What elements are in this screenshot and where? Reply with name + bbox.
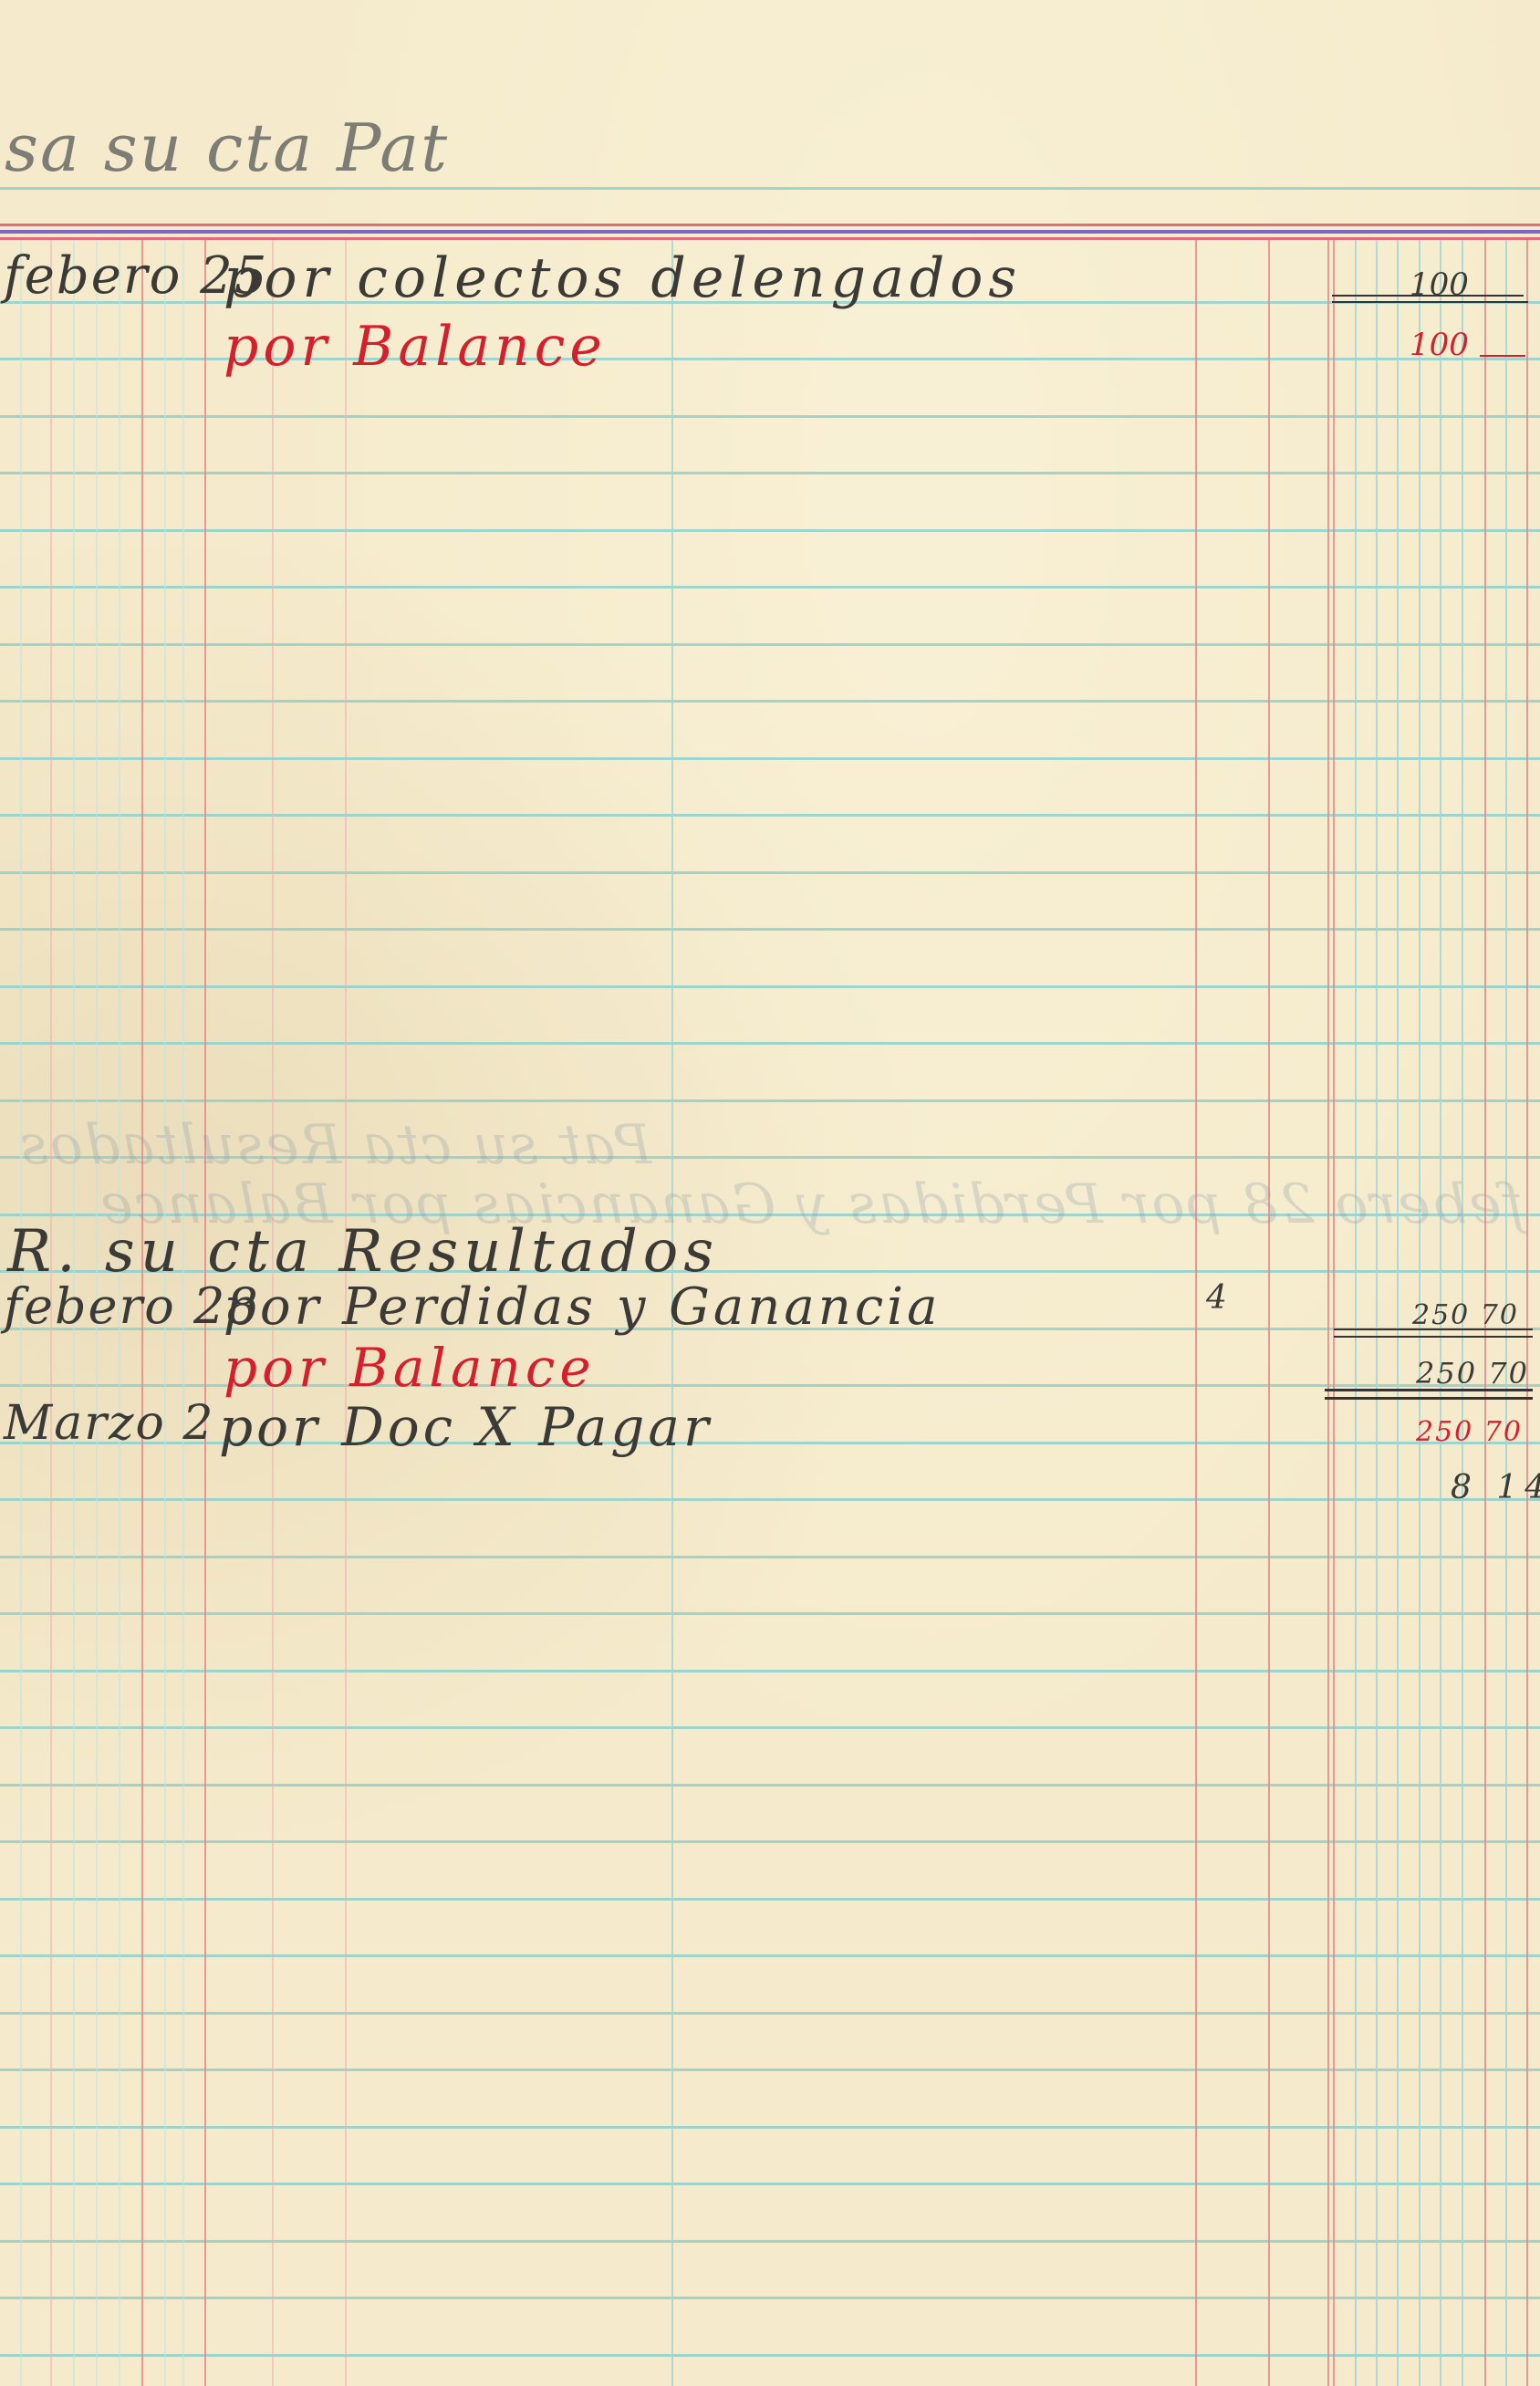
entry-amount: 250 70 — [1416, 1356, 1529, 1391]
ledger-page: sa su cta Pat febero 25 por colectos del… — [0, 0, 1540, 2386]
entry-amount: 100 — [1410, 266, 1469, 303]
entry-date: Marzo 2 — [4, 1396, 214, 1451]
amount-underline — [1332, 295, 1524, 297]
entry-folio: 4 — [1206, 1279, 1227, 1317]
entry-description: por Perdidas y Ganancia — [224, 1277, 941, 1337]
amount-underline — [1334, 1336, 1533, 1338]
entry-description: por colectos delengados — [224, 246, 1022, 310]
entry-description: por Balance — [224, 1337, 596, 1399]
amount-underline — [1334, 1328, 1533, 1330]
amount-underline — [1332, 301, 1528, 303]
account-title: R. su cta Resultados — [7, 1218, 719, 1286]
ghost-line: Pat su cta Resultados — [18, 1113, 651, 1177]
entry-description: por Doc X Pagar — [219, 1396, 713, 1458]
entry-amount: 250 70 — [1412, 1299, 1519, 1331]
entry-amount: 8 14 — [1451, 1469, 1540, 1506]
entry-amount: 100 — [1410, 327, 1469, 363]
entry-description: por Balance — [224, 315, 607, 379]
account-title-top: sa su cta Pat — [5, 109, 449, 186]
amount-double-underline — [1325, 1389, 1533, 1391]
amount-dash — [1480, 355, 1525, 357]
amount-double-underline — [1325, 1397, 1533, 1400]
entry-date: febero 28 — [4, 1277, 260, 1335]
entry-amount: 250 70 — [1416, 1416, 1523, 1448]
